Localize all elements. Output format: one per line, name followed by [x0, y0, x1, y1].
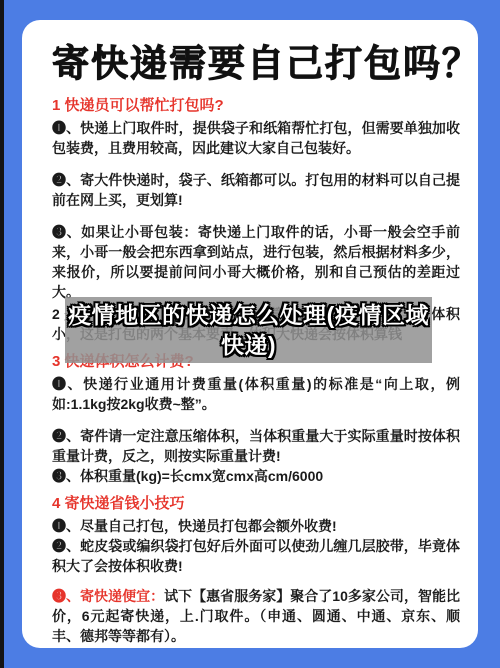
paragraph: ❸、如果让小哥包装：寄快递上门取件的话，小哥一般会空手前来，小哥一般会把东西拿到… — [52, 222, 460, 302]
section-3: 3 快递体积怎么计费? ❶、快递行业通用计费重量(体积重量)的标准是“向上取，例… — [52, 352, 460, 486]
tip-lead: ❸、寄快递便宜： — [52, 588, 164, 604]
paragraph: ❷、寄件请一定注意压缩体积，当体积重量大于实际重量时按体积重量计费，反之，则按实… — [52, 426, 460, 466]
section-1-heading: 1 快递员可以帮忙打包吗? — [52, 96, 460, 116]
tip-paragraph: ❸、寄快递便宜：试下【惠省服务家】聚合了10多家公司，智能比价，6元起寄快递，上… — [52, 586, 460, 646]
overlay-title-line-1: 疫情地区的快递怎么处理(疫情区域 — [68, 300, 429, 330]
paragraph: ❷、寄大件快递时，袋子、纸箱都可以。打包用的材料可以自己提前在网上买，更划算! — [52, 170, 460, 210]
section-1: 1 快递员可以帮忙打包吗? ❶、快递上门取件时，提供袋子和纸箱帮忙打包，但需要单… — [52, 96, 460, 302]
paragraph: ❶、快递上门取件时，提供袋子和纸箱帮忙打包，但需要单独加收包装费，且费用较高，因… — [52, 118, 460, 158]
paragraph: ❶、快递行业通用计费重量(体积重量)的标准是“向上取，例如:1.1kg按2kg收… — [52, 374, 460, 414]
section-4-heading: 4 寄快递省钱小技巧 — [52, 494, 460, 514]
page-background: 寄快递需要自己打包吗？ 1 快递员可以帮忙打包吗? ❶、快递上门取件时，提供袋子… — [0, 0, 500, 668]
promo-overlay-banner: 疫情地区的快递怎么处理(疫情区域 快递) — [65, 297, 432, 363]
left-edge-strip — [0, 0, 4, 668]
paragraph: ❸、体积重量(kg)=长cmx宽cmx高cm/6000 — [52, 466, 460, 486]
paragraph: ❶、尽量自己打包，快递员打包都会额外收费! — [52, 516, 460, 536]
section-4: 4 寄快递省钱小技巧 ❶、尽量自己打包，快递员打包都会额外收费! ❷、蛇皮袋或编… — [52, 494, 460, 576]
overlay-title-line-2: 快递) — [221, 330, 276, 360]
paragraph: ❷、蛇皮袋或编织袋打包好后外面可以使劲儿缠几层胶带，毕竟体积大了会按体积收费! — [52, 536, 460, 576]
page-title: 寄快递需要自己打包吗？ — [52, 40, 460, 88]
